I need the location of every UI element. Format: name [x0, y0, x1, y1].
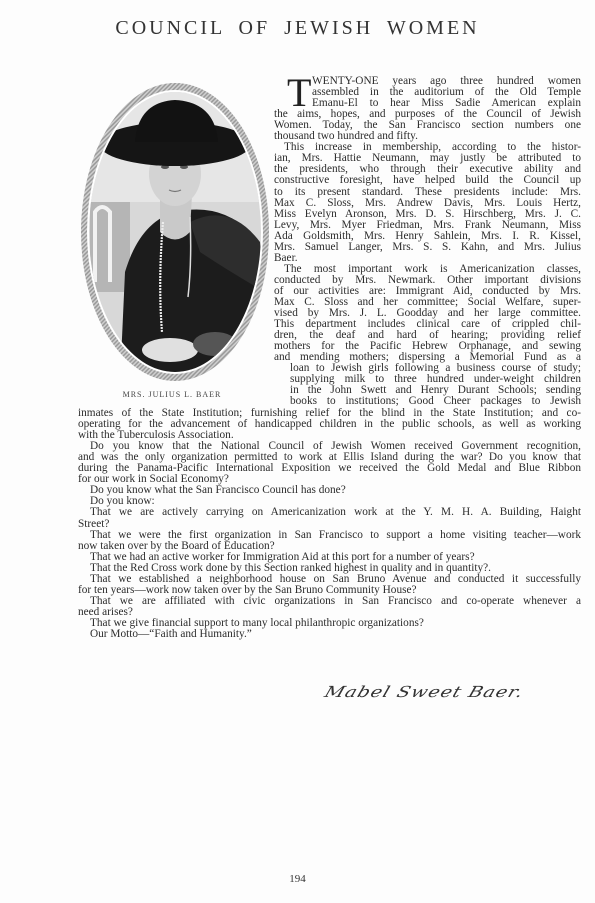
page-title: COUNCIL OF JEWISH WOMEN	[0, 17, 595, 40]
article-line: books to institutions; Good Cheer packag…	[290, 396, 581, 407]
article-line: Our Motto—“Faith and Humanity.”	[90, 629, 581, 640]
article-line: Do you know what the San Francisco Counc…	[90, 485, 581, 496]
portrait-photo	[80, 82, 270, 382]
drop-cap: T	[287, 76, 311, 110]
signature: Mabel Sweet Baer.	[322, 683, 526, 701]
page-number: 194	[0, 873, 595, 885]
article-line: That we are affiliated with civic organi…	[90, 596, 581, 607]
article-line: to its present standard. These president…	[274, 187, 581, 198]
article-line: Mrs. Samuel Langer, Mrs. S. S. Kahn, and…	[274, 242, 581, 253]
article-line: now taken over by the Board of Education…	[78, 541, 581, 552]
article-line: constructive foresight, have helped buil…	[274, 175, 581, 186]
portrait-caption: MRS. JULIUS L. BAER	[72, 390, 272, 399]
article-line: That we were the first organization in S…	[90, 530, 581, 541]
article-line: That we are actively carrying on America…	[90, 507, 581, 518]
article-line: Levy, Mrs. Myer Friedman, Mrs. Frank Neu…	[274, 220, 581, 231]
article-line: Street?	[78, 519, 581, 530]
article-line: Max C. Sloss, Mrs. Andrew Davis, Mrs. Lo…	[274, 198, 581, 209]
article-line: Miss Evelyn Aronson, Mrs. D. S. Hirschbe…	[274, 209, 581, 220]
article-line: That we had an active worker for Immigra…	[90, 552, 581, 563]
